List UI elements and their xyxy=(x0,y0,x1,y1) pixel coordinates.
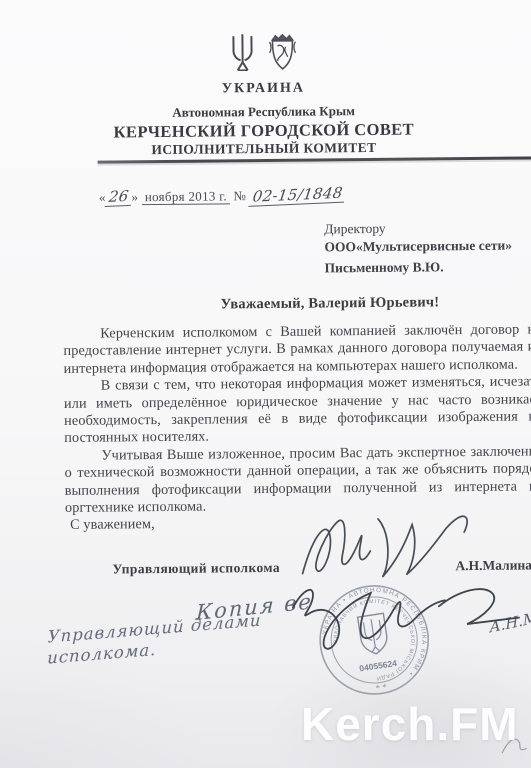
handwritten-certifier-title: Управляющий делами исполкома. xyxy=(47,609,262,668)
addressee-role: Директору xyxy=(324,219,512,239)
handwritten-day: 26 xyxy=(104,187,132,207)
signature-over-stamp-icon xyxy=(289,571,530,673)
stamp-bottom-marks: * * xyxy=(375,682,388,694)
addressee-person: Письменному В.Ю. xyxy=(325,258,513,278)
kerch-crest-emblem-icon xyxy=(266,32,298,79)
letter-body: Керченским исполкомом с Вашей компанией … xyxy=(63,321,531,534)
typed-date: ноября 2013 г. xyxy=(142,188,230,205)
addressee-company: ООО«Мультисервисные сети» xyxy=(324,237,512,257)
ukraine-trident-emblem-icon xyxy=(227,32,257,79)
salutation: Уважаемый, Валерий Юрьевич! xyxy=(120,293,531,314)
signer-title: Управляющий исполкома xyxy=(112,560,280,578)
scan-content: УКРАИНА Автономная Республика Крым КЕРЧЕ… xyxy=(0,0,531,768)
scanned-letter-page: УКРАИНА Автономная Республика Крым КЕРЧЕ… xyxy=(0,0,531,768)
kerchfm-watermark: Kerch.FM xyxy=(301,697,519,751)
close-quote: » xyxy=(131,189,138,204)
letterhead-emblems xyxy=(0,34,529,81)
handwritten-number: 02-15/1848 xyxy=(248,184,346,207)
letterhead: УКРАИНА Автономная Республика Крым КЕРЧЕ… xyxy=(0,34,530,159)
reference-line: «26» ноября 2013 г. № 02-15/1848 xyxy=(99,185,345,206)
addressee-block: Директору ООО«Мультисервисные сети» Пись… xyxy=(324,219,512,278)
number-label: № xyxy=(233,188,246,203)
country-title: УКРАИНА xyxy=(0,78,529,99)
